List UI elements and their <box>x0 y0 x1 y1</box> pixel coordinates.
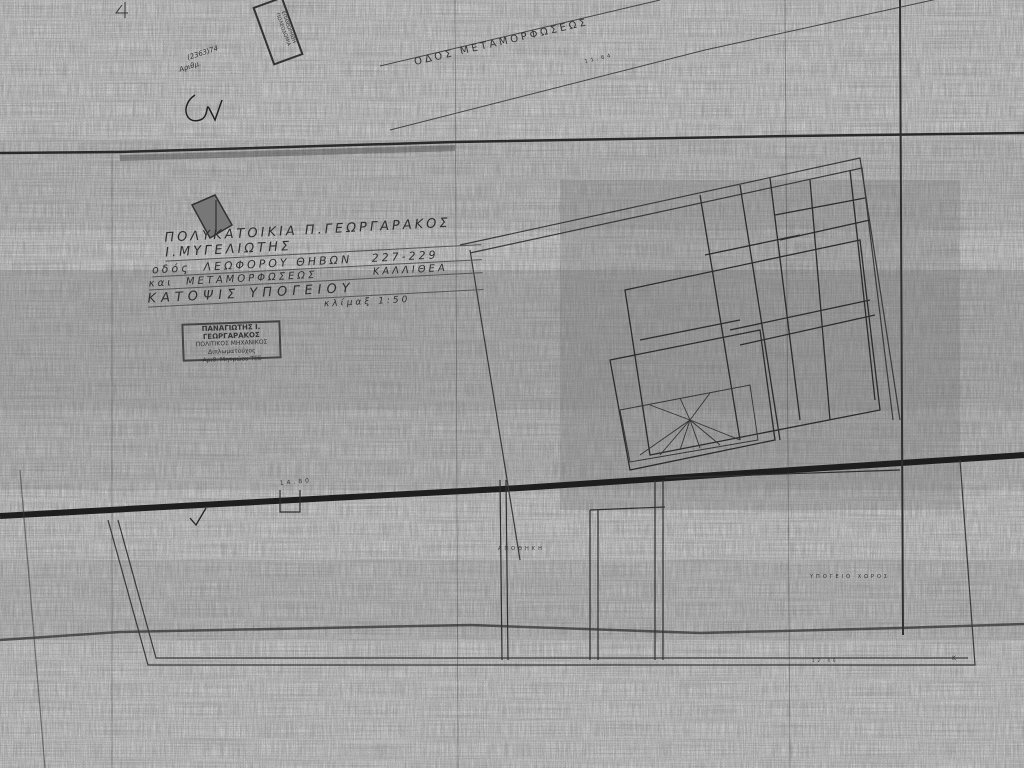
corner-mark: Κ <box>952 655 959 662</box>
address-prefix: οδός <box>152 261 191 276</box>
floor-plan-drawing: ΟΔΟΣ ΜΕΤΑΜΟΡΦΩΣΕΩΣ 11.64 14.80 ΑΠΟΘΗΚΗ Υ… <box>0 0 1024 768</box>
drawing-sheet: ΟΔΟΣ ΜΕΤΑΜΟΡΦΩΣΕΩΣ 11.64 14.80 ΑΠΟΘΗΚΗ Υ… <box>0 0 1024 768</box>
engineer-stamp: ΠΑΝΑΓΙΩΤΗΣ Ι. ΓΕΩΡΓΑΡΑΚΟΣ ΠΟΛΙΤΙΚΟΣ ΜΗΧΑ… <box>181 320 281 361</box>
title-block: ΠΟΛΥΚΑΤΟΙΚΙΑ Π.ΓΕΩΡΓΑΡΑΚΟΣ Ι.ΜΥΓΕΛΙΩΤΗΣ … <box>120 213 484 320</box>
dimension-bottom: 12.40 <box>812 658 838 663</box>
room-label-basement: ΥΠΟΓΕΙΟ ΧΩΡΟΣ <box>809 574 890 580</box>
address-2-prefix: και <box>148 277 173 289</box>
room-label-storage: ΑΠΟΘΗΚΗ <box>498 546 545 552</box>
